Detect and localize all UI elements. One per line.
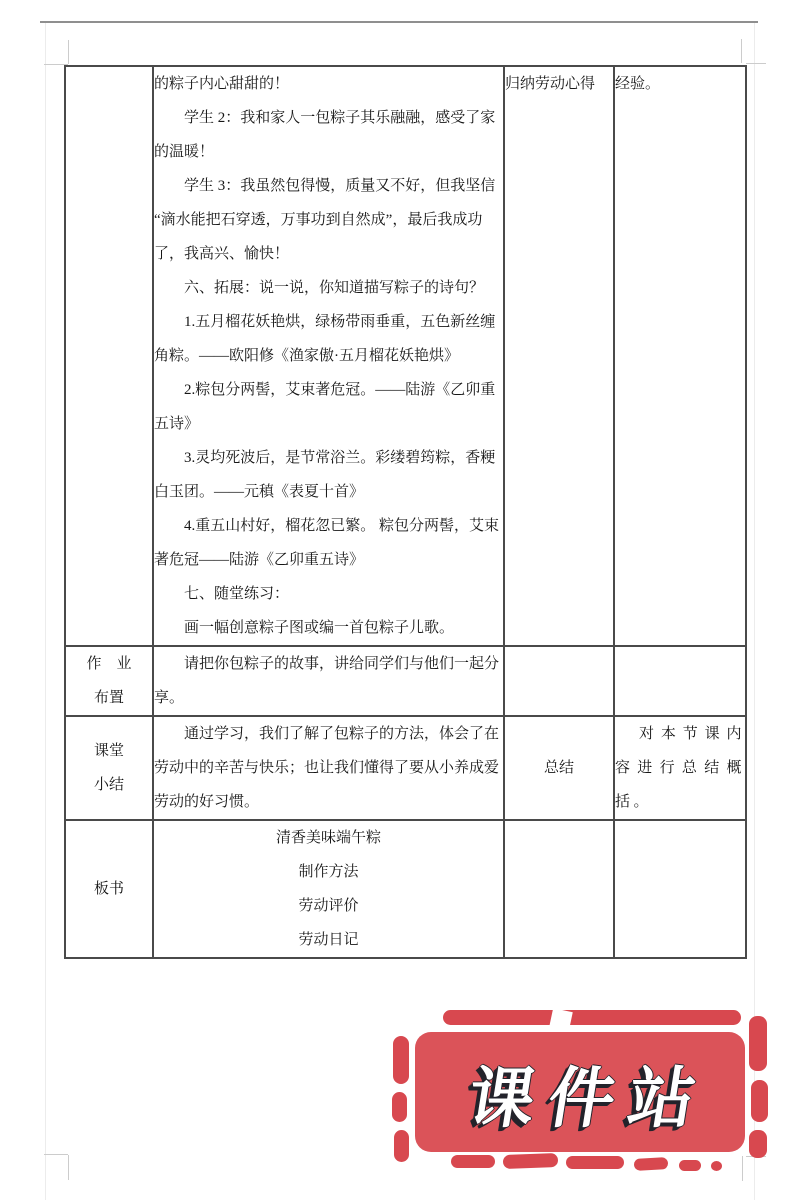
- label-line: 板书: [66, 872, 152, 906]
- board-line: 劳动日记: [154, 923, 503, 957]
- stamp-frame-left: [392, 1092, 407, 1122]
- margin-mark-bottom-left-v: [68, 1155, 69, 1180]
- activity-note-cell: [504, 646, 614, 716]
- teaching-process-cell: 的粽子内心甜甜的！ 学生 2：我和家人一包粽子其乐融融，感受了家的温暖！ 学生 …: [153, 66, 504, 646]
- stamp-frame-bottom-dash: [451, 1155, 495, 1168]
- paragraph: 通过学习，我们了解了包粽子的方法，体会了在劳动中的辛苦与快乐；也让我们懂得了要从…: [154, 717, 503, 819]
- summary-content-cell: 通过学习，我们了解了包粽子的方法，体会了在劳动中的辛苦与快乐；也让我们懂得了要从…: [153, 716, 504, 820]
- activity-note-cell: [504, 820, 614, 958]
- stamp-frame-top: [443, 1010, 741, 1025]
- stamp-body: 课件站: [415, 1032, 745, 1152]
- margin-mark-top-right-v: [741, 39, 742, 63]
- paragraph: 七、随堂练习：: [154, 577, 503, 611]
- page-left-edge: [45, 23, 46, 1200]
- margin-mark-top-left-v: [68, 40, 69, 64]
- stamp-frame-right: [749, 1130, 767, 1158]
- board-line: 清香美味端午粽: [154, 821, 503, 855]
- page-top-edge: [40, 21, 758, 23]
- table-row: 课堂 小结 通过学习，我们了解了包粽子的方法，体会了在劳动中的辛苦与快乐；也让我…: [65, 716, 746, 820]
- board-line: 制作方法: [154, 855, 503, 889]
- row-label-summary: 课堂 小结: [65, 716, 153, 820]
- document-page: 的粽子内心甜甜的！ 学生 2：我和家人一包粽子其乐融融，感受了家的温暖！ 学生 …: [0, 0, 800, 1200]
- activity-note-cell: 归纳劳动心得: [504, 66, 614, 646]
- margin-mark-bottom-left-h: [44, 1154, 68, 1155]
- activity-note-cell: 总结: [504, 716, 614, 820]
- lesson-plan-table: 的粽子内心甜甜的！ 学生 2：我和家人一包粽子其乐融融，感受了家的温暖！ 学生 …: [64, 65, 747, 959]
- paragraph: 六、拓展：说一说，你知道描写粽子的诗句？: [154, 271, 503, 305]
- stamp-frame-bottom-dash: [634, 1157, 669, 1171]
- table-row: 作 业 布置 请把你包粽子的故事，讲给同学们与他们一起分享。: [65, 646, 746, 716]
- design-intent-cell: 对本节课内容进行总结概括。: [614, 716, 746, 820]
- label-line: 布置: [66, 681, 152, 715]
- paragraph: 2.粽包分两髻，艾束著危冠。——陆游《乙卯重五诗》: [154, 373, 503, 441]
- paragraph: 学生 2：我和家人一包粽子其乐融融，感受了家的温暖！: [154, 101, 503, 169]
- stamp-frame-bottom-dash: [679, 1160, 701, 1171]
- stamp-frame-bite: [549, 1008, 573, 1031]
- margin-mark-top-right-h: [746, 63, 766, 64]
- stamp-frame-left: [393, 1036, 409, 1084]
- row-label-cell-empty: [65, 66, 153, 646]
- board-line: 劳动评价: [154, 889, 503, 923]
- table-row: 板书 清香美味端午粽 制作方法 劳动评价 劳动日记: [65, 820, 746, 958]
- paragraph: 4.重五山村好，榴花忽已繁。 粽包分两髻，艾束著危冠——陆游《乙卯重五诗》: [154, 509, 503, 577]
- label-line: 作 业: [66, 647, 152, 681]
- design-intent-cell: [614, 820, 746, 958]
- paragraph: 学生 3：我虽然包得慢，质量又不好，但我坚信 “滴水能把石穿透，万事功到自然成”…: [154, 169, 503, 271]
- stamp-frame-bottom-dash: [566, 1156, 624, 1169]
- paragraph: 画一幅创意粽子图或编一首包粽子儿歌。: [154, 611, 503, 643]
- stamp-frame-bottom-dash: [503, 1153, 558, 1169]
- homework-content-cell: 请把你包粽子的故事，讲给同学们与他们一起分享。: [153, 646, 504, 716]
- stamp-text: 课件站: [405, 1032, 764, 1152]
- board-design-cell: 清香美味端午粽 制作方法 劳动评价 劳动日记: [153, 820, 504, 958]
- row-label-homework: 作 业 布置: [65, 646, 153, 716]
- paragraph: 请把你包粽子的故事，讲给同学们与他们一起分享。: [154, 647, 503, 715]
- stamp-frame-dot: [711, 1161, 722, 1171]
- paragraph: 1.五月榴花妖艳烘，绿杨带雨垂重，五色新丝缠角粽。——欧阳修《渔家傲·五月榴花妖…: [154, 305, 503, 373]
- design-intent-cell: 经验。: [614, 66, 746, 646]
- paragraph: 3.灵均死波后，是节常浴兰。彩缕碧筠粽，香粳白玉团。——元稹《表夏十首》: [154, 441, 503, 509]
- kejianzhan-stamp-logo: 课件站: [391, 1008, 776, 1183]
- label-line: 小结: [66, 768, 152, 802]
- row-label-board: 板书: [65, 820, 153, 958]
- label-line: 课堂: [66, 734, 152, 768]
- paragraph: 的粽子内心甜甜的！: [154, 67, 503, 101]
- teaching-process-text: 的粽子内心甜甜的！ 学生 2：我和家人一包粽子其乐融融，感受了家的温暖！ 学生 …: [154, 67, 503, 643]
- table-row: 的粽子内心甜甜的！ 学生 2：我和家人一包粽子其乐融融，感受了家的温暖！ 学生 …: [65, 66, 746, 646]
- design-intent-cell: [614, 646, 746, 716]
